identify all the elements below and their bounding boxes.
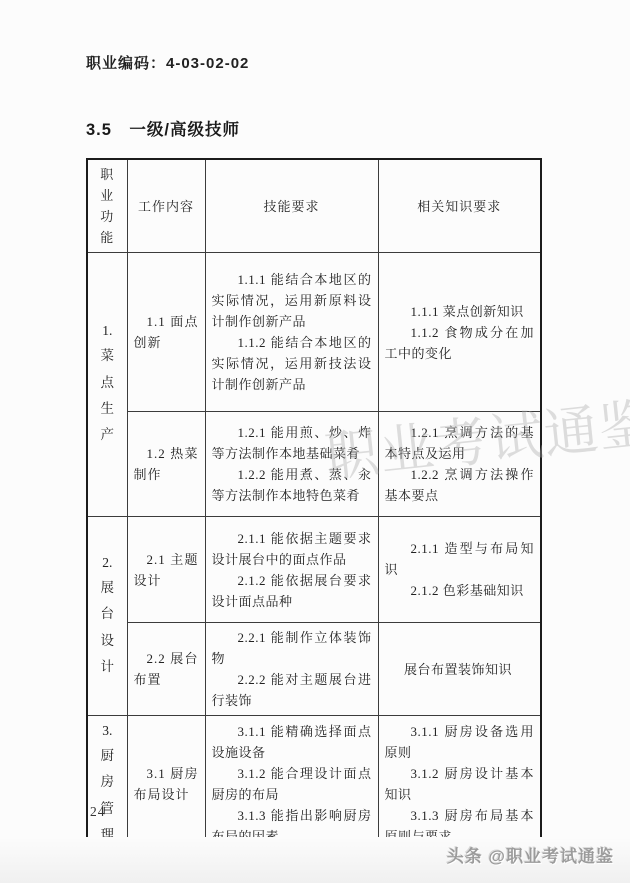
func-cell-chufang: 3. 厨房管理 xyxy=(87,716,127,854)
knowledge-item: 3.1.3 厨房布局基本原则与要求 xyxy=(385,805,535,847)
work-label: 2.1 主题设计 xyxy=(134,549,199,591)
knowledge-cell: 2.1.1 造型与布局知识 2.1.2 色彩基础知识 xyxy=(378,517,541,623)
skill-item: 2.1.1 能依据主题要求设计展台中的面点作品 xyxy=(212,528,372,570)
func-number: 2. xyxy=(94,552,121,573)
skill-item: 2.1.2 能依据展台要求设计面点品种 xyxy=(212,570,372,612)
work-label: 3.1 厨房布局设计 xyxy=(134,763,199,805)
work-cell: 3.1 厨房布局设计 xyxy=(127,716,205,854)
table-row: 1. 菜点生产 1.1 面点创新 1.1.1 能结合本地区的实际情况，运用新原料… xyxy=(87,253,541,412)
skill-cell: 1.1.1 能结合本地区的实际情况，运用新原料设计制作创新产品 1.1.2 能结… xyxy=(205,253,378,412)
skill-cell: 2.2.1 能制作立体装饰物 2.2.2 能对主题展台进行装饰 xyxy=(205,623,378,716)
page-number: 24 xyxy=(90,804,106,820)
knowledge-item: 3.1.2 厨房设计基本知识 xyxy=(385,763,535,805)
skill-item: 3.1.2 能合理设计面点厨房的布局 xyxy=(212,763,372,805)
func-label: 展台设计 xyxy=(101,575,115,680)
func-number: 1. xyxy=(94,320,121,341)
func-label: 菜点生产 xyxy=(101,343,115,448)
skill-item: 1.1.2 能结合本地区的实际情况，运用新技法设计制作创新产品 xyxy=(212,332,372,395)
work-cell: 2.1 主题设计 xyxy=(127,517,205,623)
skill-cell: 3.1.1 能精确选择面点设施设备 3.1.2 能合理设计面点厨房的布局 3.1… xyxy=(205,716,378,854)
knowledge-cell: 3.1.1 厨房设备选用原则 3.1.2 厨房设计基本知识 3.1.3 厨房布局… xyxy=(378,716,541,854)
table-row: 2.2 展台布置 2.2.1 能制作立体装饰物 2.2.2 能对主题展台进行装饰… xyxy=(87,623,541,716)
func-cell-caidian: 1. 菜点生产 xyxy=(87,253,127,517)
skill-item: 2.2.1 能制作立体装饰物 xyxy=(212,627,372,669)
table-row: 1.2 热菜制作 1.2.1 能用煎、炒、炸等方法制作本地基础菜肴 1.2.2 … xyxy=(87,412,541,517)
document-page: 职业编码：4-03-02-02 3.5 一级/高级技师 职业功能 工作内容 技能… xyxy=(0,0,630,883)
knowledge-cell: 展台布置装饰知识 xyxy=(378,623,541,716)
func-number: 3. xyxy=(94,720,121,741)
knowledge-item: 2.1.2 色彩基础知识 xyxy=(385,580,535,601)
footer-watermark: 头条 @职业考试通鉴 xyxy=(447,842,614,867)
header-func: 职业功能 xyxy=(87,159,127,253)
skill-item: 2.2.2 能对主题展台进行装饰 xyxy=(212,669,372,711)
work-cell: 1.1 面点创新 xyxy=(127,253,205,412)
table-row: 3. 厨房管理 3.1 厨房布局设计 3.1.1 能精确选择面点设施设备 3.1… xyxy=(87,716,541,854)
skills-requirements-table: 职业功能 工作内容 技能要求 相关知识要求 1. 菜点生产 1.1 面点创新 1… xyxy=(86,158,542,854)
knowledge-item: 1.2.1 烹调方法的基本特点及运用 xyxy=(385,422,535,464)
knowledge-item: 展台布置装饰知识 xyxy=(385,659,535,680)
work-label: 2.2 展台布置 xyxy=(134,648,199,690)
skill-item: 1.2.1 能用煎、炒、炸等方法制作本地基础菜肴 xyxy=(212,422,372,464)
work-label: 1.1 面点创新 xyxy=(134,311,199,353)
occupation-code: 职业编码：4-03-02-02 xyxy=(86,52,249,73)
knowledge-item: 1.1.2 食物成分在加工中的变化 xyxy=(385,322,535,364)
work-label: 1.2 热菜制作 xyxy=(134,443,199,485)
header-knowledge: 相关知识要求 xyxy=(378,159,541,253)
header-work: 工作内容 xyxy=(127,159,205,253)
skill-cell: 1.2.1 能用煎、炒、炸等方法制作本地基础菜肴 1.2.2 能用煮、蒸、汆等方… xyxy=(205,412,378,517)
knowledge-cell: 1.2.1 烹调方法的基本特点及运用 1.2.2 烹调方法操作基本要点 xyxy=(378,412,541,517)
func-label: 厨房管理 xyxy=(101,743,115,848)
table-row: 2. 展台设计 2.1 主题设计 2.1.1 能依据主题要求设计展台中的面点作品… xyxy=(87,517,541,623)
knowledge-item: 1.2.2 烹调方法操作基本要点 xyxy=(385,464,535,506)
table-header-row: 职业功能 工作内容 技能要求 相关知识要求 xyxy=(87,159,541,253)
skill-item: 1.2.2 能用煮、蒸、汆等方法制作本地特色菜肴 xyxy=(212,464,372,506)
knowledge-cell: 1.1.1 菜点创新知识 1.1.2 食物成分在加工中的变化 xyxy=(378,253,541,412)
knowledge-item: 1.1.1 菜点创新知识 xyxy=(385,301,535,322)
header-skill: 技能要求 xyxy=(205,159,378,253)
knowledge-item: 3.1.1 厨房设备选用原则 xyxy=(385,721,535,763)
work-cell: 1.2 热菜制作 xyxy=(127,412,205,517)
skill-item: 3.1.3 能指出影响厨房布局的因素 xyxy=(212,805,372,847)
section-title: 3.5 一级/高级技师 xyxy=(86,116,240,140)
work-cell: 2.2 展台布置 xyxy=(127,623,205,716)
func-cell-zhantai: 2. 展台设计 xyxy=(87,517,127,716)
skill-item: 1.1.1 能结合本地区的实际情况，运用新原料设计制作创新产品 xyxy=(212,269,372,332)
knowledge-item: 2.1.1 造型与布局知识 xyxy=(385,538,535,580)
skill-cell: 2.1.1 能依据主题要求设计展台中的面点作品 2.1.2 能依据展台要求设计面… xyxy=(205,517,378,623)
skill-item: 3.1.1 能精确选择面点设施设备 xyxy=(212,721,372,763)
